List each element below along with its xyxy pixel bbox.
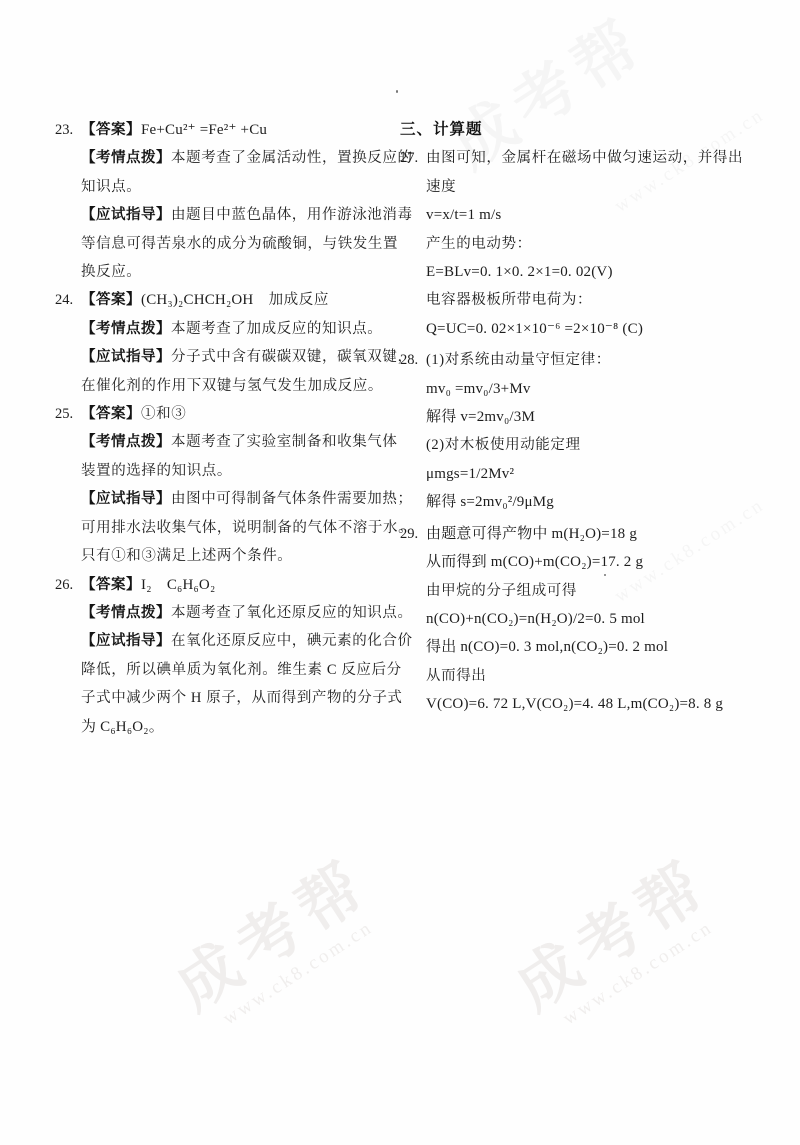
text-line: 【应试指导】由图中可得制备气体条件需要加热； bbox=[81, 485, 400, 513]
chemical-formula: I₂ C₆H₆O₂ bbox=[141, 577, 215, 593]
text-line: 24.【答案】(CH₃)₂CHCH₂OH 加成反应 bbox=[81, 286, 400, 314]
text-line: 知识点。 bbox=[81, 173, 400, 201]
left-column: 23.【答案】Fe+Cu²⁺ =Fe²⁺ +Cu 【考情点拨】本题考查了金属活动… bbox=[55, 116, 400, 741]
text-line: 【考情点拨】本题考查了实验室制备和收集气体 bbox=[81, 428, 400, 456]
text-line: 26.【答案】I₂ C₆H₆O₂ bbox=[81, 571, 400, 599]
chemical-equation: Fe+Cu²⁺ =Fe²⁺ +Cu bbox=[141, 122, 267, 138]
question-number: 24. bbox=[55, 286, 81, 314]
physics-formula: Q=UC=0. 02×1×10⁻⁶ =2×10⁻⁸ (C) bbox=[426, 315, 796, 343]
text-line: 由甲烷的分子组成可得 bbox=[426, 577, 796, 605]
watermark: 成考帮 www.ck8.com.cn bbox=[470, 826, 771, 1065]
chemistry-formula: n(CO)+n(CO₂)=n(H₂O)/2=0. 5 mol bbox=[426, 605, 796, 633]
text-line: 【考情点拨】本题考查了氧化还原反应的知识点。 bbox=[81, 599, 400, 627]
text-line: 为 C₆H₆O₂。 bbox=[81, 713, 400, 741]
text-line: 速度 bbox=[426, 173, 796, 201]
chemical-formula: (CH₃)₂CHCH₂OH bbox=[141, 292, 253, 308]
text-line: 25.【答案】①和③ bbox=[81, 400, 400, 428]
text-line: 【应试指导】分子式中含有碳碳双键，碳氧双键， bbox=[81, 343, 400, 371]
section-header-calculation: 三、计算题 bbox=[400, 116, 796, 144]
text-line: 降低，所以碘单质为氧化剂。维生素 C 反应后分 bbox=[81, 656, 400, 684]
watermark: 成考帮 www.ck8.com.cn bbox=[130, 826, 431, 1065]
watermark-brand-text: 成考帮 bbox=[470, 826, 759, 1047]
exam-hint-label: 【考情点拨】 bbox=[81, 150, 171, 166]
question-number: 23. bbox=[55, 116, 81, 144]
chemistry-formula: V(CO)=6. 72 L,V(CO₂)=4. 48 L,m(CO₂)=8. 8… bbox=[426, 690, 796, 718]
text-line: 【考情点拨】本题考查了金属活动性，置换反应的 bbox=[81, 144, 400, 172]
question-29: 29.由题意可得产物中 m(H₂O)=18 g 从而得到 m(CO)+m(CO₂… bbox=[400, 520, 796, 719]
physics-formula: E=BLv=0. 1×0. 2×1=0. 02(V) bbox=[426, 258, 796, 286]
answer-label: 【答案】 bbox=[81, 406, 141, 422]
watermark-site-text: www.ck8.com.cn bbox=[167, 883, 431, 1065]
physics-formula: 解得 s=2mv₀²/9μMg bbox=[426, 488, 796, 516]
text-line: 在催化剂的作用下双键与氢气发生加成反应。 bbox=[81, 372, 400, 400]
answer-label: 【答案】 bbox=[81, 577, 141, 593]
scan-speck bbox=[396, 90, 398, 93]
question-28: 28.(1)对系统由动量守恒定律： mv₀ =mv₀/3+Mv 解得 v=2mv… bbox=[400, 346, 796, 516]
text-line: 只有①和③满足上述两个条件。 bbox=[81, 542, 400, 570]
exam-hint-label: 【考情点拨】 bbox=[81, 434, 171, 450]
question-24: 24.【答案】(CH₃)₂CHCH₂OH 加成反应 【考情点拨】本题考查了加成反… bbox=[55, 286, 400, 400]
guidance-label: 【应试指导】 bbox=[81, 491, 171, 507]
watermark-brand-text: 成考帮 bbox=[130, 826, 419, 1047]
text-line: 电容器极板所带电荷为： bbox=[426, 286, 796, 314]
text-line: 换反应。 bbox=[81, 258, 400, 286]
text-line: 【应试指导】由题目中蓝色晶体，用作游泳池消毒 bbox=[81, 201, 400, 229]
text-line: 28.(1)对系统由动量守恒定律： bbox=[426, 346, 796, 374]
answer-label: 【答案】 bbox=[81, 292, 141, 308]
physics-formula: μmgs=1/2Mv² bbox=[426, 460, 796, 488]
chemistry-formula: 得出 n(CO)=0. 3 mol,n(CO₂)=0. 2 mol bbox=[426, 633, 796, 661]
text-line: 【应试指导】在氧化还原反应中，碘元素的化合价 bbox=[81, 627, 400, 655]
text-line: 等信息可得苦泉水的成分为硫酸铜，与铁发生置 bbox=[81, 230, 400, 258]
text-line: 29.由题意可得产物中 m(H₂O)=18 g bbox=[426, 520, 796, 548]
answer-label: 【答案】 bbox=[81, 122, 141, 138]
physics-formula: v=x/t=1 m/s bbox=[426, 201, 796, 229]
guidance-label: 【应试指导】 bbox=[81, 349, 171, 365]
scanned-answer-page: 成考帮 www.ck8.com.cn www.ck8.com.cn 成考帮 ww… bbox=[0, 0, 800, 1145]
question-number: 25. bbox=[55, 400, 81, 428]
question-number: 28. bbox=[400, 346, 426, 374]
question-number: 29. bbox=[400, 520, 426, 548]
question-23: 23.【答案】Fe+Cu²⁺ =Fe²⁺ +Cu 【考情点拨】本题考查了金属活动… bbox=[55, 116, 400, 286]
watermark-site-text: www.ck8.com.cn bbox=[507, 883, 771, 1065]
text-line: 从而得出 bbox=[426, 662, 796, 690]
text-line: 23.【答案】Fe+Cu²⁺ =Fe²⁺ +Cu bbox=[81, 116, 400, 144]
guidance-label: 【应试指导】 bbox=[81, 207, 171, 223]
text-line: 装置的选择的知识点。 bbox=[81, 457, 400, 485]
text-line: 27.由图可知，金属杆在磁场中做匀速运动，并得出 bbox=[426, 144, 796, 172]
chemistry-formula: 从而得到 m(CO)+m(CO₂)=17. 2 g bbox=[426, 548, 796, 576]
text-line: 子式中减少两个 H 原子，从而得到产物的分子式 bbox=[81, 684, 400, 712]
chemical-formula: 为 C₆H₆O₂。 bbox=[81, 719, 164, 735]
question-25: 25.【答案】①和③ 【考情点拨】本题考查了实验室制备和收集气体 装置的选择的知… bbox=[55, 400, 400, 570]
exam-hint-label: 【考情点拨】 bbox=[81, 605, 171, 621]
guidance-label: 【应试指导】 bbox=[81, 633, 171, 649]
physics-formula: 解得 v=2mv₀/3M bbox=[426, 403, 796, 431]
text-line: 可用排水法收集气体，说明制备的气体不溶于水。 bbox=[81, 514, 400, 542]
question-27: 27.由图可知，金属杆在磁场中做匀速运动，并得出 速度 v=x/t=1 m/s … bbox=[400, 144, 796, 343]
question-number: 26. bbox=[55, 571, 81, 599]
question-number: 27. bbox=[400, 144, 426, 172]
text-line: 产生的电动势： bbox=[426, 230, 796, 258]
exam-hint-label: 【考情点拨】 bbox=[81, 321, 171, 337]
text-line: 【考情点拨】本题考查了加成反应的知识点。 bbox=[81, 315, 400, 343]
right-column: 三、计算题 27.由图可知，金属杆在磁场中做匀速运动，并得出 速度 v=x/t=… bbox=[400, 116, 796, 719]
question-26: 26.【答案】I₂ C₆H₆O₂ 【考情点拨】本题考查了氧化还原反应的知识点。 … bbox=[55, 571, 400, 741]
physics-formula: mv₀ =mv₀/3+Mv bbox=[426, 375, 796, 403]
text-line: (2)对木板使用动能定理 bbox=[426, 431, 796, 459]
